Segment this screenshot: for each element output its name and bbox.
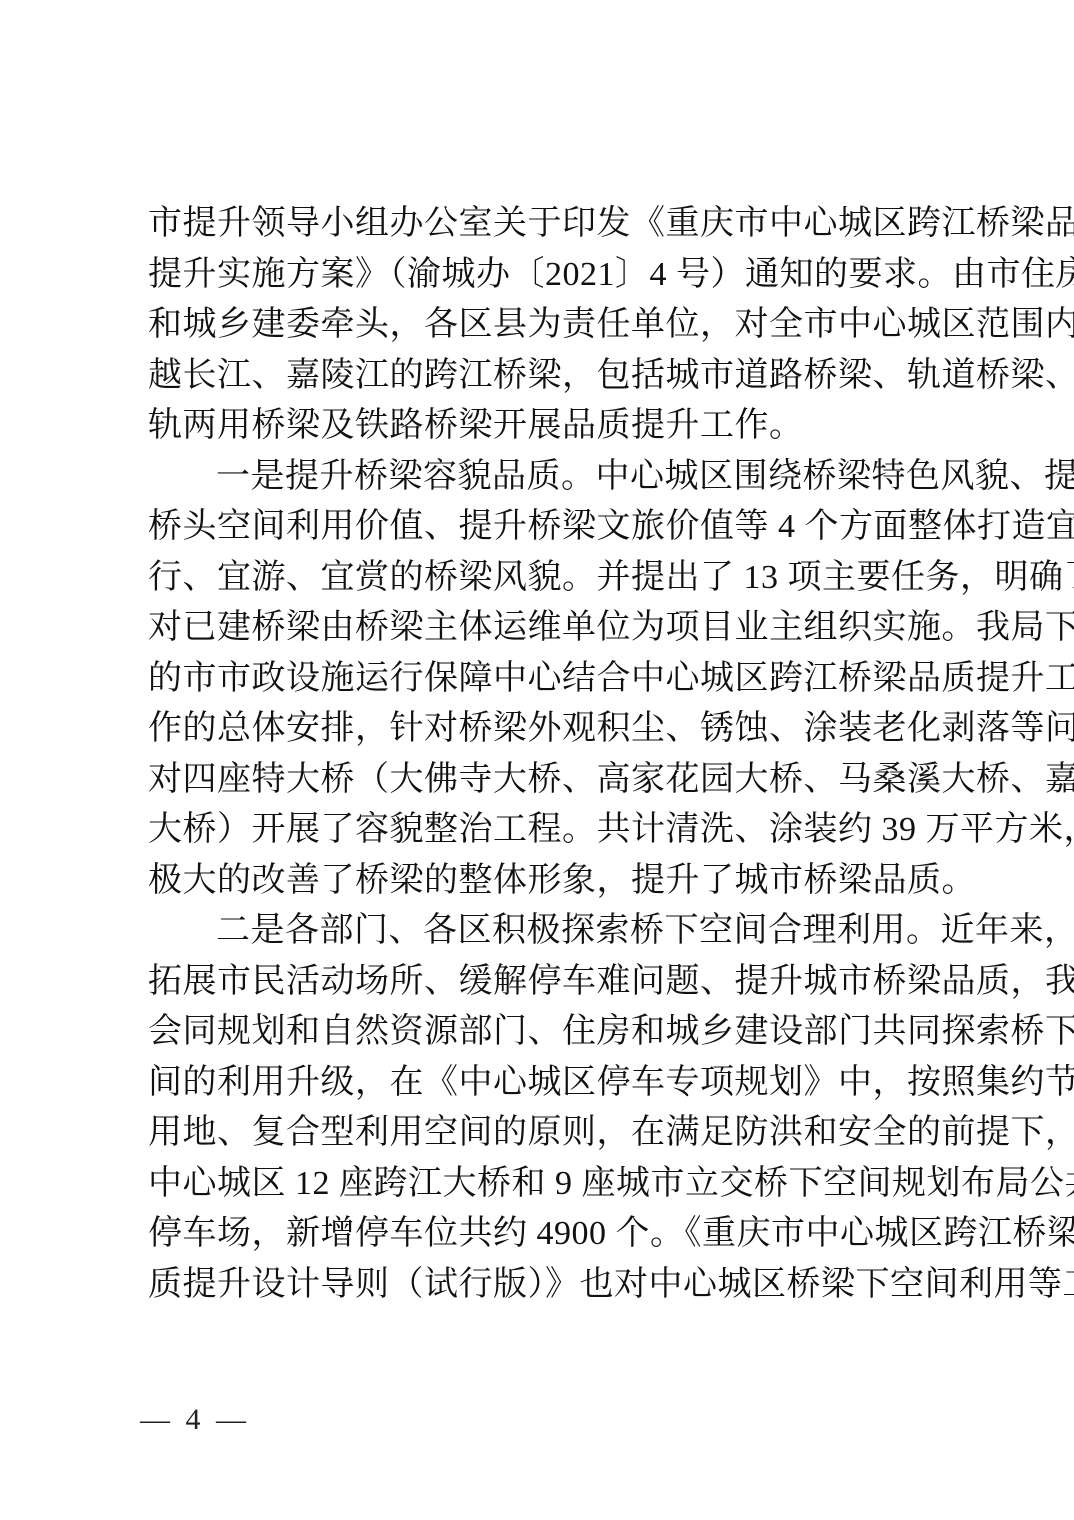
text-line: 停车场，新增停车位共约 4900 个。《重庆市中心城区跨江桥梁品 <box>148 1209 960 1260</box>
text-line: 对四座特大桥（大佛寺大桥、高家花园大桥、马桑溪大桥、嘉悦 <box>148 755 960 806</box>
text-line: 越长江、嘉陵江的跨江桥梁，包括城市道路桥梁、轨道桥梁、路 <box>148 351 960 402</box>
text-line: 行、宜游、宜赏的桥梁风貌。并提出了 13 项主要任务，明确了 <box>148 553 960 604</box>
text-line: 对已建桥梁由桥梁主体运维单位为项目业主组织实施。我局下属 <box>148 603 960 654</box>
text-line: 拓展市民活动场所、缓解停车难问题、提升城市桥梁品质，我局 <box>148 957 960 1008</box>
text-line: 的市市政设施运行保障中心结合中心城区跨江桥梁品质提升工 <box>148 654 960 705</box>
text-line: 极大的改善了桥梁的整体形象，提升了城市桥梁品质。 <box>148 856 960 907</box>
text-line: 提升实施方案》（渝城办〔2021〕4 号）通知的要求。由市住房 <box>148 250 960 301</box>
text-line: 市提升领导小组办公室关于印发《重庆市中心城区跨江桥梁品质 <box>148 199 960 250</box>
text-line: 桥头空间利用价值、提升桥梁文旅价值等 4 个方面整体打造宜 <box>148 502 960 553</box>
page-footer: — 4 — <box>140 1402 250 1438</box>
text-line: 和城乡建委牵头，各区县为责任单位，对全市中心城区范围内跨 <box>148 300 960 351</box>
text-line: 轨两用桥梁及铁路桥梁开展品质提升工作。 <box>148 401 960 452</box>
document-page: 市提升领导小组办公室关于印发《重庆市中心城区跨江桥梁品质提升实施方案》（渝城办〔… <box>0 0 1074 1520</box>
text-line: 一是提升桥梁容貌品质。中心城区围绕桥梁特色风貌、提升 <box>148 452 960 503</box>
text-line: 会同规划和自然资源部门、住房和城乡建设部门共同探索桥下空 <box>148 1007 960 1058</box>
document-body: 市提升领导小组办公室关于印发《重庆市中心城区跨江桥梁品质提升实施方案》（渝城办〔… <box>148 199 960 1310</box>
text-line: 二是各部门、各区积极探索桥下空间合理利用。近年来，为 <box>148 906 960 957</box>
text-line: 用地、复合型利用空间的原则，在满足防洪和安全的前提下，在 <box>148 1108 960 1159</box>
text-line: 质提升设计导则（试行版）》也对中心城区桥梁下空间利用等工 <box>148 1260 960 1311</box>
text-line: 中心城区 12 座跨江大桥和 9 座城市立交桥下空间规划布局公共 <box>148 1159 960 1210</box>
text-line: 间的利用升级，在《中心城区停车专项规划》中，按照集约节约 <box>148 1058 960 1109</box>
text-line: 作的总体安排，针对桥梁外观积尘、锈蚀、涂装老化剥落等问题， <box>148 704 960 755</box>
page-number: — 4 — <box>140 1403 250 1436</box>
text-line: 大桥）开展了容貌整治工程。共计清洗、涂装约 39 万平方米， <box>148 805 960 856</box>
